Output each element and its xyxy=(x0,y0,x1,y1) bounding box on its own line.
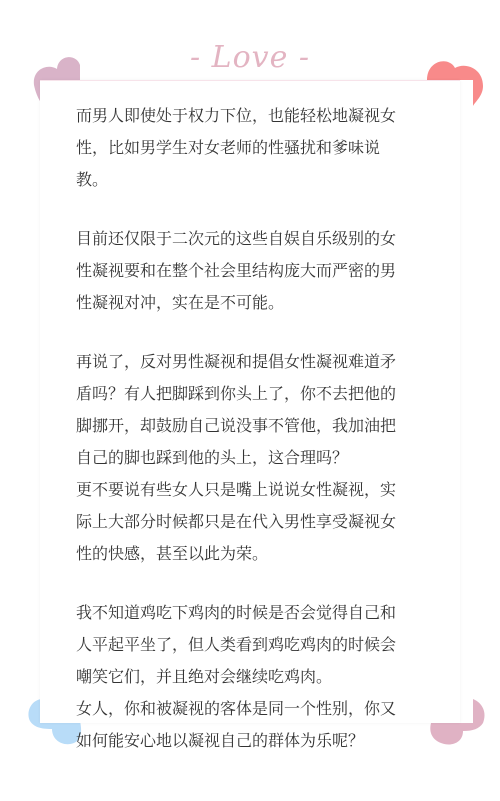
text-line: 性凝视对冲，实在是不可能。 xyxy=(76,287,416,319)
text-line: 盾吗？有人把脚踩到你头上了，你不去把他的 xyxy=(76,378,416,410)
text-line: 目前还仅限于二次元的这些自娱自乐级别的女 xyxy=(76,223,416,255)
text-line: 性凝视要和在整个社会里结构庞大而严密的男 xyxy=(76,255,416,287)
text-line: 性的快感，甚至以此为荣。 xyxy=(76,538,416,570)
text-line: 性，比如男学生对女老师的性骚扰和爹味说 xyxy=(76,132,416,164)
text-line: 女人，你和被凝视的客体是同一个性别，你又 xyxy=(76,693,416,725)
text-line: 脚挪开，却鼓励自己说没事不管他，我加油把 xyxy=(76,410,416,442)
text-line: 际上大部分时候都只是在代入男性享受凝视女 xyxy=(76,506,416,538)
paragraph-1: 而男人即使处于权力下位，也能轻松地凝视女 性，比如男学生对女老师的性骚扰和爹味说… xyxy=(76,100,416,196)
paragraph-2: 目前还仅限于二次元的这些自娱自乐级别的女 性凝视要和在整个社会里结构庞大而严密的… xyxy=(76,223,416,319)
text-line: 我不知道鸡吃下鸡肉的时候是否会觉得自己和 xyxy=(76,597,416,629)
text-line: 嘲笑它们，并且绝对会继续吃鸡肉。 xyxy=(76,661,416,693)
text-line: 再说了，反对男性凝视和提倡女性凝视难道矛 xyxy=(76,346,416,378)
text-line: 自己的脚也踩到他的头上，这合理吗？ xyxy=(76,442,416,474)
love-title: - Love - xyxy=(0,40,500,75)
text-line: 如何能安心地以凝视自己的群体为乐呢？ xyxy=(76,725,416,757)
paragraph-3: 再说了，反对男性凝视和提倡女性凝视难道矛 盾吗？有人把脚踩到你头上了，你不去把他… xyxy=(76,346,416,570)
text-line: 而男人即使处于权力下位，也能轻松地凝视女 xyxy=(76,100,416,132)
text-line: 人平起平坐了，但人类看到鸡吃鸡肉的时候会 xyxy=(76,629,416,661)
text-line: 更不要说有些女人只是嘴上说说女性凝视，实 xyxy=(76,474,416,506)
text-line: 教。 xyxy=(76,164,416,196)
article-body: 而男人即使处于权力下位，也能轻松地凝视女 性，比如男学生对女老师的性骚扰和爹味说… xyxy=(76,100,416,757)
paragraph-4: 我不知道鸡吃下鸡肉的时候是否会觉得自己和 人平起平坐了，但人类看到鸡吃鸡肉的时候… xyxy=(76,597,416,757)
